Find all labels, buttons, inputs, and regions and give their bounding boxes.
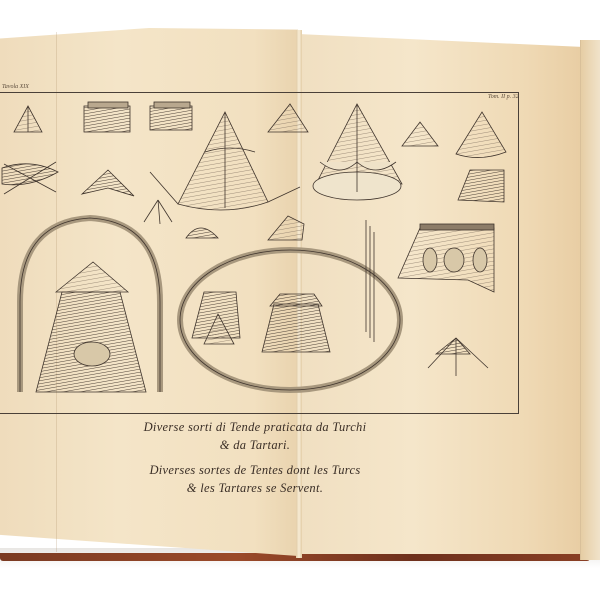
tents-engraving (0, 92, 520, 412)
rect-tent-2-icon (150, 102, 192, 130)
caption-french-line2: & les Tartares se Servent. (60, 481, 450, 496)
small-tent-1-icon (14, 106, 42, 132)
small-tent-3-icon (402, 122, 438, 146)
rect-tent-1-icon (84, 102, 130, 132)
caption-french-line1: Diverses sortes de Tentes dont les Turcs (60, 463, 450, 478)
awning-tent-icon (398, 224, 494, 292)
standards-icon (366, 220, 374, 342)
small-tent-2-icon (268, 104, 308, 132)
cross-frame-icon (2, 162, 58, 194)
oval-enclosure-icon (180, 250, 400, 390)
half-dome-icon (186, 228, 218, 238)
caption-italian-line1: Diverse sorti di Tende praticata da Turc… (60, 420, 450, 435)
conical-tent-open-icon (313, 104, 402, 200)
small-tent-4-icon (456, 112, 506, 158)
tripod-poles-icon (144, 200, 172, 224)
arched-enclosure-icon (20, 218, 160, 392)
umbrella-tent-icon (428, 338, 488, 376)
plate-number-label: Tavola XIX (2, 84, 29, 90)
caption-italian-line2: & da Tartari. (60, 438, 450, 453)
small-wedge-icon (268, 216, 304, 240)
next-page-edge (580, 40, 600, 560)
lean-to-icon (458, 170, 504, 202)
tripod-tent-icon (82, 170, 134, 196)
